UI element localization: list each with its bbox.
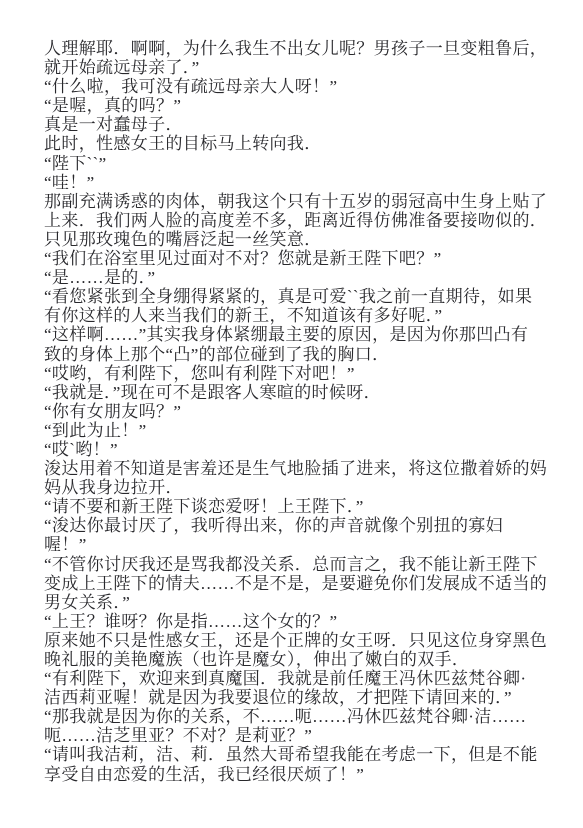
text-block: 人理解耶．啊啊，为什么我生不出女儿呢？男孩子一旦变粗鲁后，就开始疏远母亲了．”“… (44, 39, 550, 784)
text-line: 原来她不只是性感女王，还是个正牌的女王呀．只见这位身穿黑色 (44, 631, 550, 650)
text-line: “什么啦，我可没有疏远母亲大人呀！” (44, 77, 550, 96)
text-line: “是……是的．” (44, 268, 550, 287)
text-line: 洁西莉亚喔！就是因为我要退位的缘故，才把陛下请回来的．” (44, 688, 550, 707)
text-line: 人理解耶．啊啊，为什么我生不出女儿呢？男孩子一旦变粗鲁后， (44, 39, 550, 58)
text-line: “那我就是因为你的关系，不……呃……冯休匹兹梵谷卿·洁…… (44, 707, 550, 726)
text-line: 真是一对蠢母子． (44, 115, 550, 134)
text-line: 此时，性感女王的目标马上转向我． (44, 134, 550, 153)
text-line: “我就是．”现在可不是跟客人寒暄的时候呀． (44, 383, 550, 402)
text-line: “到此为止！” (44, 421, 550, 440)
text-line: 致的身体上那个“凸”的部位碰到了我的胸口． (44, 345, 550, 364)
text-line: 晚礼服的美艳魔族（也许是魔女），伸出了嫩白的双手． (44, 650, 550, 669)
text-line: “哎哟，有利陛下，您叫有利陛下对吧！” (44, 364, 550, 383)
text-line: “是喔，真的吗？” (44, 96, 550, 115)
text-line: “这样啊……”其实我身体紧绷最主要的原因，是因为你那凹凸有 (44, 325, 550, 344)
text-line: “陛下``” (44, 154, 550, 173)
text-line: 呃……洁芝里亚？不对？是莉亚？” (44, 726, 550, 745)
text-line: “请不要和新王陛下谈恋爱呀！上王陛下．” (44, 497, 550, 516)
text-line: 男女关系．” (44, 593, 550, 612)
text-line: 那副充满诱惑的肉体，朝我这个只有十五岁的弱冠高中生身上贴了 (44, 192, 550, 211)
text-line: “我们在浴室里见过面对不对？您就是新王陛下吧？” (44, 249, 550, 268)
text-line: “哎`哟！” (44, 440, 550, 459)
text-line: “浚达你最讨厌了，我听得出来，你的声音就像个别扭的寡妇 (44, 516, 550, 535)
text-line: 上来．我们两人脸的高度差不多，距离近得仿佛准备要接吻似的． (44, 211, 550, 230)
text-line: “哇！” (44, 173, 550, 192)
text-line: 妈从我身边拉开． (44, 478, 550, 497)
text-line: “上王？谁呀？你是指……这个女的？” (44, 612, 550, 631)
text-line: “不管你讨厌我还是骂我都没关系．总而言之，我不能让新王陛下 (44, 555, 550, 574)
text-line: “看您紧张到全身绷得紧紧的，真是可爱``我之前一直期待，如果 (44, 287, 550, 306)
text-line: 就开始疏远母亲了．” (44, 58, 550, 77)
text-line: 享受自由恋爱的生活，我已经很厌烦了！” (44, 765, 550, 784)
text-line: “有利陛下，欢迎来到真魔国．我就是前任魔王冯休匹兹梵谷卿· (44, 669, 550, 688)
text-line: 变成上王陛下的情夫……不是不是，是要避免你们发展成不适当的 (44, 574, 550, 593)
text-line: 只见那玫瑰色的嘴唇泛起一丝笑意． (44, 230, 550, 249)
text-line: 喔！” (44, 535, 550, 554)
text-line: “请叫我洁莉，洁、莉．虽然大哥希望我能在考虑一下，但是不能 (44, 745, 550, 764)
text-line: “你有女朋友吗？” (44, 402, 550, 421)
text-line: 浚达用着不知道是害羞还是生气地脸插了进来，将这位撒着娇的妈 (44, 459, 550, 478)
text-line: 有你这样的人来当我们的新王，不知道该有多好呢．” (44, 306, 550, 325)
scanned-novel-page: 人理解耶．啊啊，为什么我生不出女儿呢？男孩子一旦变粗鲁后，就开始疏远母亲了．”“… (0, 0, 583, 828)
